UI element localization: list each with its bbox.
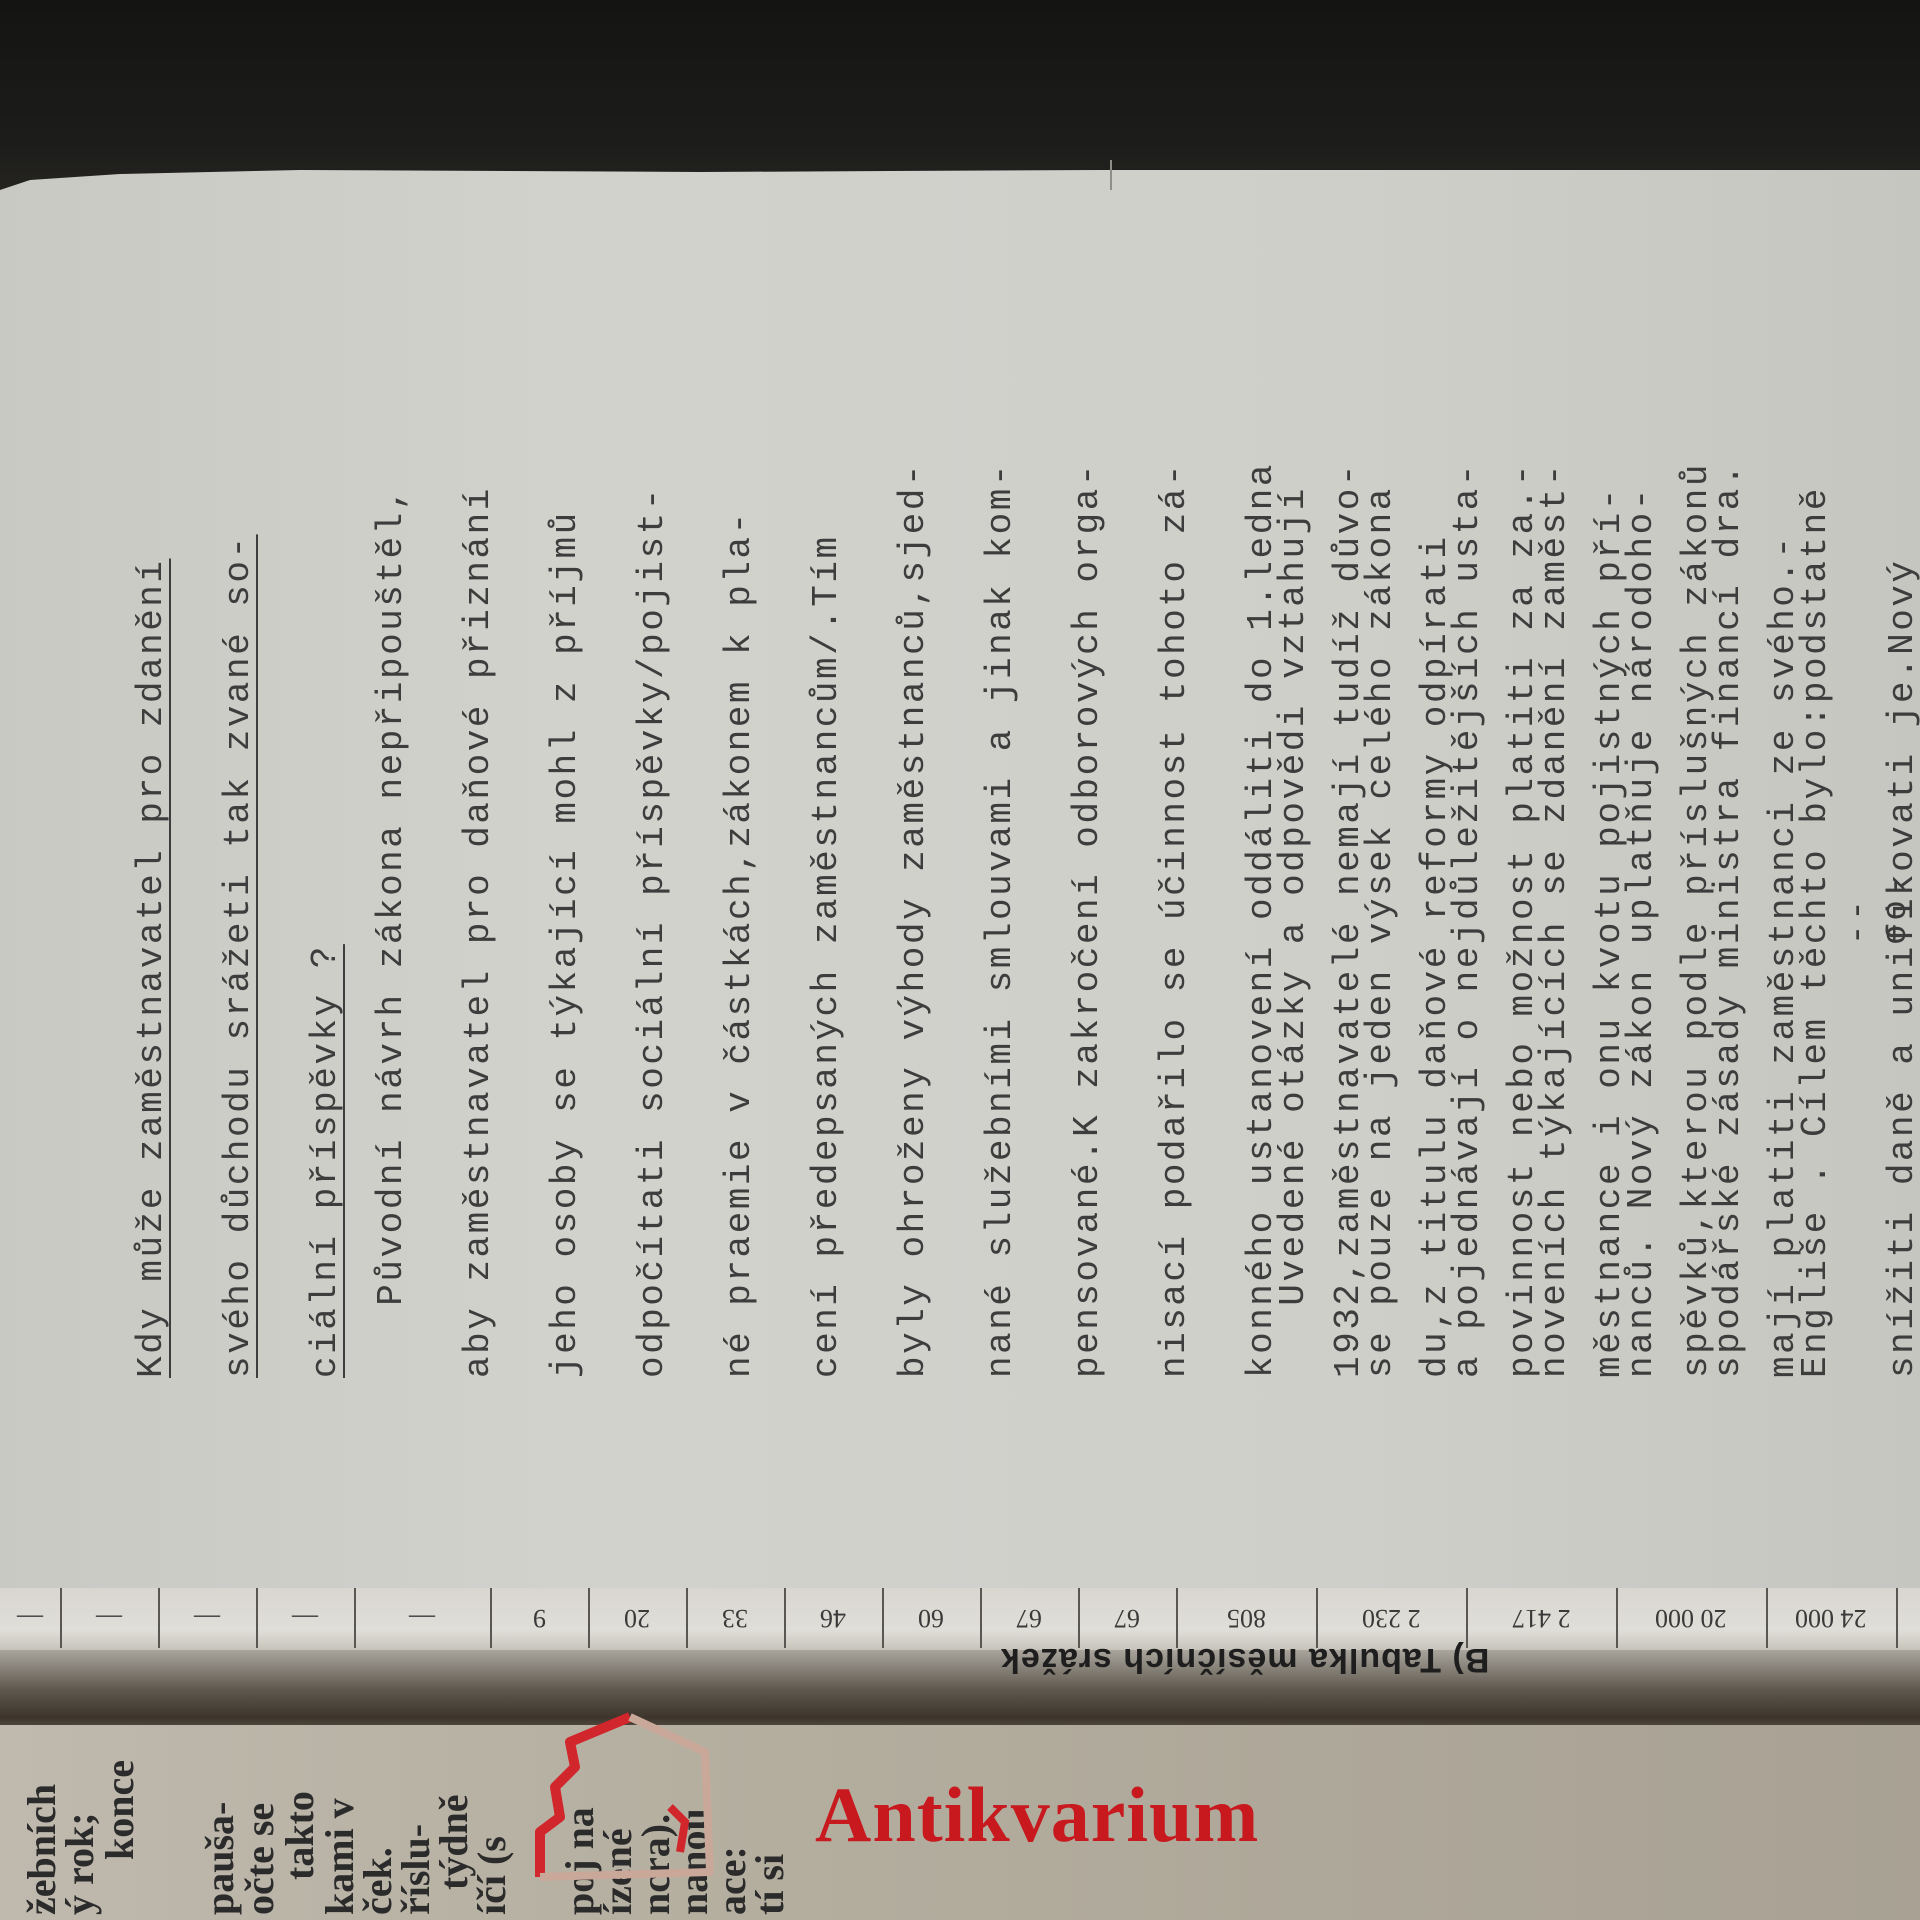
end-mark: --oo-- <box>1840 865 1920 945</box>
table-cell: 20 000 <box>1616 1588 1768 1648</box>
watermark-text: Antikvarium <box>815 1770 1259 1860</box>
table-cell: — <box>158 1588 258 1648</box>
text-line: odpočítati sociální příspěvky/pojist- <box>627 462 678 1378</box>
table-cell: 33 <box>686 1588 786 1648</box>
table-cell: 2 230 <box>1316 1588 1468 1648</box>
text-line: Původní návrh zákona nepřipouštěl, <box>366 462 417 1378</box>
book-text: ček. <box>358 1847 398 1915</box>
text-line: Uvedené otázky a odpovědi vztahují <box>1268 414 1319 1378</box>
book-text: íčí (s <box>472 1836 512 1915</box>
text-line: cení předepsaných zaměstnancům/.Tím <box>801 462 852 1378</box>
text-line: spodářské zásady ministra financí dra. <box>1703 414 1754 1378</box>
book-text: říslu- <box>396 1824 436 1915</box>
text-line: se pouze na jeden výsek celého zákona <box>1355 414 1406 1378</box>
table-cell: 20 <box>588 1588 688 1648</box>
text-line: a pojednávají o nejdůležitějších usta- <box>1442 414 1493 1378</box>
book-text: pauša- <box>200 1802 240 1915</box>
text-line: nanců. Nový zákon uplatňuje národoho- <box>1616 414 1667 1378</box>
text-line: nané služebními smlouvami a jinak kom- <box>975 462 1026 1378</box>
text-line: byly ohroženy výhody zaměstnanců,sjed- <box>888 462 939 1378</box>
book-text: žebních <box>22 1784 62 1915</box>
book-text: konce <box>100 1760 140 1860</box>
heading-line: Kdy může zaměstnavatel pro zdanění <box>126 534 177 1378</box>
table-cell: 60 <box>882 1588 982 1648</box>
text-line: noveních týkajících se zdanění zaměst- <box>1529 414 1580 1378</box>
book-text: takto <box>280 1791 320 1880</box>
text-line: jeho osoby se týkající mohl z příjmů <box>540 462 591 1378</box>
text-line: Engliše . Cílem těchto bylo:podstatně <box>1790 414 1841 1378</box>
book-text: kami v <box>320 1798 360 1915</box>
heading-line: svého důchodu srážeti tak zvané so- <box>213 534 264 1378</box>
text-line: aby zaměstnavatel pro daňové přiznání <box>453 462 504 1378</box>
table-cell: — <box>256 1588 356 1648</box>
table-cell: 2 417 <box>1466 1588 1618 1648</box>
table-cell: 67 <box>1078 1588 1178 1648</box>
table-cell: 67 <box>980 1588 1080 1648</box>
table-title: B) Tabulka měsíčních srážek <box>1000 1640 1489 1679</box>
book-text: ý rok; <box>60 1812 100 1915</box>
text-line: nisací podařilo se účinnost tohoto zá- <box>1149 462 1200 1378</box>
table-cell: 24 000 <box>1766 1588 1898 1648</box>
page-edge-fold <box>1110 160 1112 190</box>
book-text: očte se <box>240 1803 280 1915</box>
table-cell: 9 <box>490 1588 590 1648</box>
table-cell: — <box>354 1588 492 1648</box>
table-cell: — <box>60 1588 160 1648</box>
antikvarium-logo-icon <box>530 1712 760 1882</box>
text-line: pensované.K zakročení odborových orga- <box>1062 462 1113 1378</box>
table-cell: 46 <box>784 1588 884 1648</box>
paragraph-2: Uvedené otázky a odpovědi vztahují se po… <box>1232 414 1920 1378</box>
text-line: né praemie v částkách,zákonem k pla- <box>714 462 765 1378</box>
table-cell: — <box>0 1588 62 1648</box>
document-heading: Kdy může zaměstnavatel pro zdanění svého… <box>90 534 369 1378</box>
table-cell: 805 <box>1176 1588 1318 1648</box>
book-text: týdně <box>434 1794 474 1890</box>
